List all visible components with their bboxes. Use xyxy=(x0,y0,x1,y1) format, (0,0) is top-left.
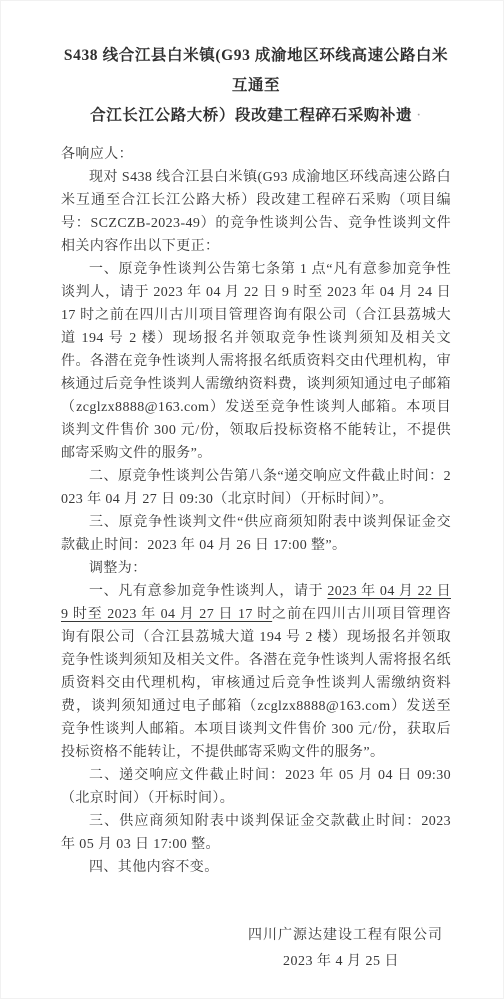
document-body: 现对 S438 线合江县白米镇(G93 成渝地区环线高速公路白米互通至合江长江公… xyxy=(61,166,451,879)
paragraph-text: 之前在四川古川项目管理咨询有限公司（合江县荔城大道 194 号 2 楼）现场报名… xyxy=(61,607,451,714)
document-paragraph: 调整为： xyxy=(61,557,451,580)
paragraph-text: 调整为： xyxy=(89,561,147,576)
signature-company: 四川广源达建设工程有限公司 xyxy=(61,923,451,949)
document-paragraph: 二、原竞争性谈判公告第八条“递交响应文件截止时间：2023 年 04 月 27 … xyxy=(61,465,451,511)
signature-block: 四川广源达建设工程有限公司 2023 年 4 月 25 日 xyxy=(61,923,451,975)
paragraph-text: 一、原竞争性谈判公告第七条第 1 点“凡有意参加竞争性谈判人，请于 2023 年… xyxy=(61,262,451,415)
document-paragraph: 三、原竞争性谈判文件“供应商须知附表中谈判保证金交款截止时间：2023 年 04… xyxy=(61,511,451,557)
document-page: S438 线合江县白米镇(G93 成渝地区环线高速公路白米互通至 合江长江公路大… xyxy=(0,0,504,999)
paragraph-text: 一、凡有意参加竞争性谈判人，请于 xyxy=(89,584,327,599)
document-paragraph: 现对 S438 线合江县白米镇(G93 成渝地区环线高速公路白米互通至合江长江公… xyxy=(61,166,451,258)
title-line-2-text: 合江长江公路大桥）段改建工程碎石采购补遗 xyxy=(90,107,412,124)
title-stray-mark: · xyxy=(412,107,422,124)
document-paragraph: 一、凡有意参加竞争性谈判人，请于 2023 年 04 月 22 日 9 时至 2… xyxy=(61,580,451,764)
paragraph-text: 二、原竞争性谈判公告第八条“递交响应文件截止时间：2023 年 04 月 27 … xyxy=(61,469,451,507)
document-paragraph: 四、其他内容不变。 xyxy=(61,856,451,879)
title-line-1: S438 线合江县白米镇(G93 成渝地区环线高速公路白米互通至 xyxy=(61,41,451,101)
title-line-2: 合江长江公路大桥）段改建工程碎石采购补遗· xyxy=(61,101,451,131)
signature-date: 2023 年 4 月 25 日 xyxy=(61,949,451,975)
paragraph-text: 二、递交响应文件截止时间：2023 年 05 月 04 日 09:30（北京时间… xyxy=(61,768,451,806)
paragraph-text: 三、原竞争性谈判文件“供应商须知附表中谈判保证金交款截止时间：2023 年 04… xyxy=(61,515,451,553)
email-address: zcglzx8888@163.com xyxy=(257,699,390,714)
paragraph-text: 四、其他内容不变。 xyxy=(89,860,219,875)
paragraph-text: 三、供应商须知附表中谈判保证金交款截止时间：2023 年 05 月 03 日 1… xyxy=(61,814,451,852)
document-paragraph: 一、原竞争性谈判公告第七条第 1 点“凡有意参加竞争性谈判人，请于 2023 年… xyxy=(61,258,451,465)
document-paragraph: 三、供应商须知附表中谈判保证金交款截止时间：2023 年 05 月 03 日 1… xyxy=(61,810,451,856)
paragraph-text: 现对 S438 线合江县白米镇(G93 成渝地区环线高速公路白米互通至合江长江公… xyxy=(61,170,451,254)
document-title: S438 线合江县白米镇(G93 成渝地区环线高速公路白米互通至 合江长江公路大… xyxy=(61,41,451,131)
document-paragraph: 二、递交响应文件截止时间：2023 年 05 月 04 日 09:30（北京时间… xyxy=(61,764,451,810)
salutation: 各响应人： xyxy=(61,143,451,166)
email-address: zcglzx8888@163.com xyxy=(76,400,209,415)
